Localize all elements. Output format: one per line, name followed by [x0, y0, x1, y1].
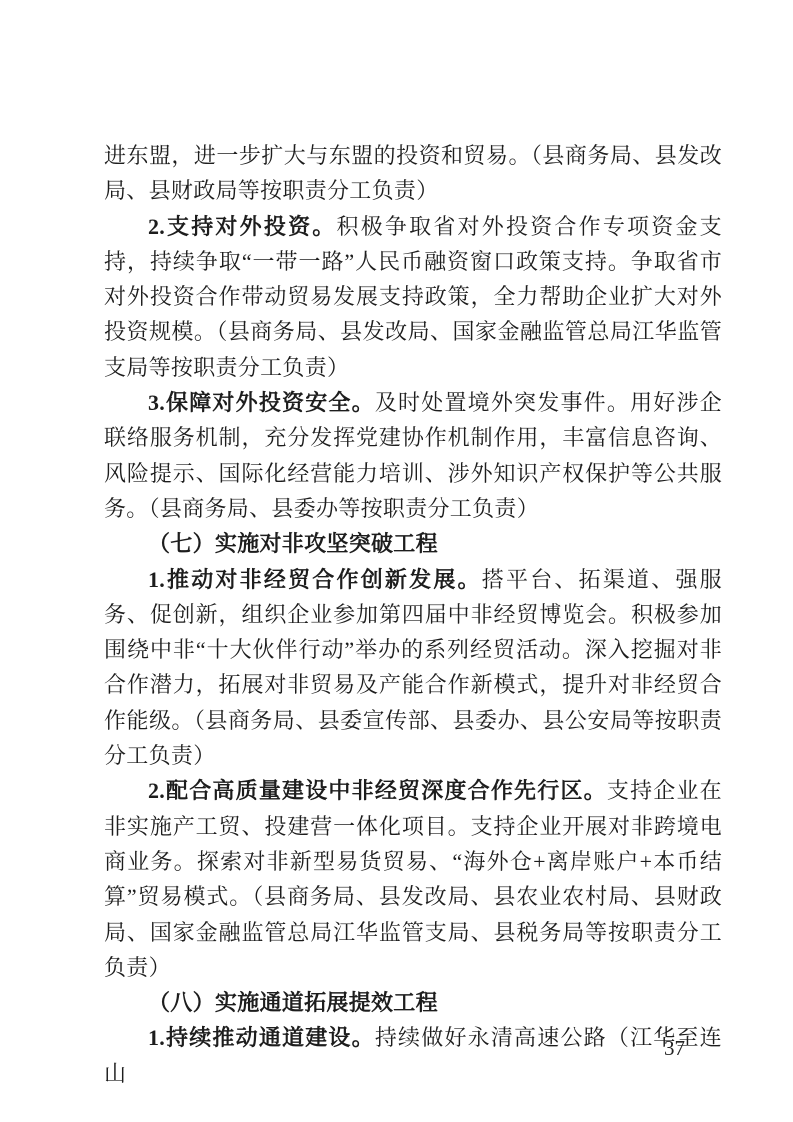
- document-page: 进东盟，进一步扩大与东盟的投资和贸易。（县商务局、县发改局、县财政局等按职责分工…: [0, 0, 793, 1122]
- section-heading: （八）实施通道拓展提效工程: [104, 985, 722, 1020]
- section-heading: （七）实施对非攻坚突破工程: [104, 526, 722, 561]
- text-segment-bold: （八）实施通道拓展提效工程: [148, 990, 438, 1015]
- text-segment: 支持企业在非实施产工贸、投建营一体化项目。支持企业开展对非跨境电商业务。探索对非…: [104, 778, 722, 979]
- text-segment: 搭平台、拓渠道、强服务、促创新，组织企业参加第四届中非经贸博览会。积极参加围绕中…: [104, 567, 722, 768]
- text-segment-bold: （七）实施对非攻坚突破工程: [148, 531, 438, 556]
- text-segment-bold: 1.持续推动通道建设。: [148, 1025, 375, 1050]
- document-body: 进东盟，进一步扩大与东盟的投资和贸易。（县商务局、县发改局、县财政局等按职责分工…: [104, 138, 722, 1091]
- paragraph: 1.推动对非经贸合作创新发展。搭平台、拓渠道、强服务、促创新，组织企业参加第四届…: [104, 562, 722, 774]
- paragraph: 2.配合高质量建设中非经贸深度合作先行区。支持企业在非实施产工贸、投建营一体化项…: [104, 773, 722, 985]
- paragraph: 进东盟，进一步扩大与东盟的投资和贸易。（县商务局、县发改局、县财政局等按职责分工…: [104, 138, 722, 209]
- paragraph: 3.保障对外投资安全。及时处置境外突发事件。用好涉企联络服务机制，充分发挥党建协…: [104, 385, 722, 526]
- text-segment-bold: 2.支持对外投资。: [148, 214, 337, 239]
- text-segment-bold: 1.推动对非经贸合作创新发展。: [148, 567, 482, 592]
- text-segment: 进东盟，进一步扩大与东盟的投资和贸易。（县商务局、县发改局、县财政局等按职责分工…: [104, 143, 722, 203]
- page-number: 37: [664, 1035, 685, 1061]
- paragraph: 2.支持对外投资。积极争取省对外投资合作专项资金支持，持续争取“一带一路”人民币…: [104, 209, 722, 385]
- text-segment-bold: 3.保障对外投资安全。: [148, 390, 375, 415]
- text-segment-bold: 2.配合高质量建设中非经贸深度合作先行区。: [148, 778, 607, 803]
- paragraph: 1.持续推动通道建设。持续做好永清高速公路（江华至连山: [104, 1020, 722, 1091]
